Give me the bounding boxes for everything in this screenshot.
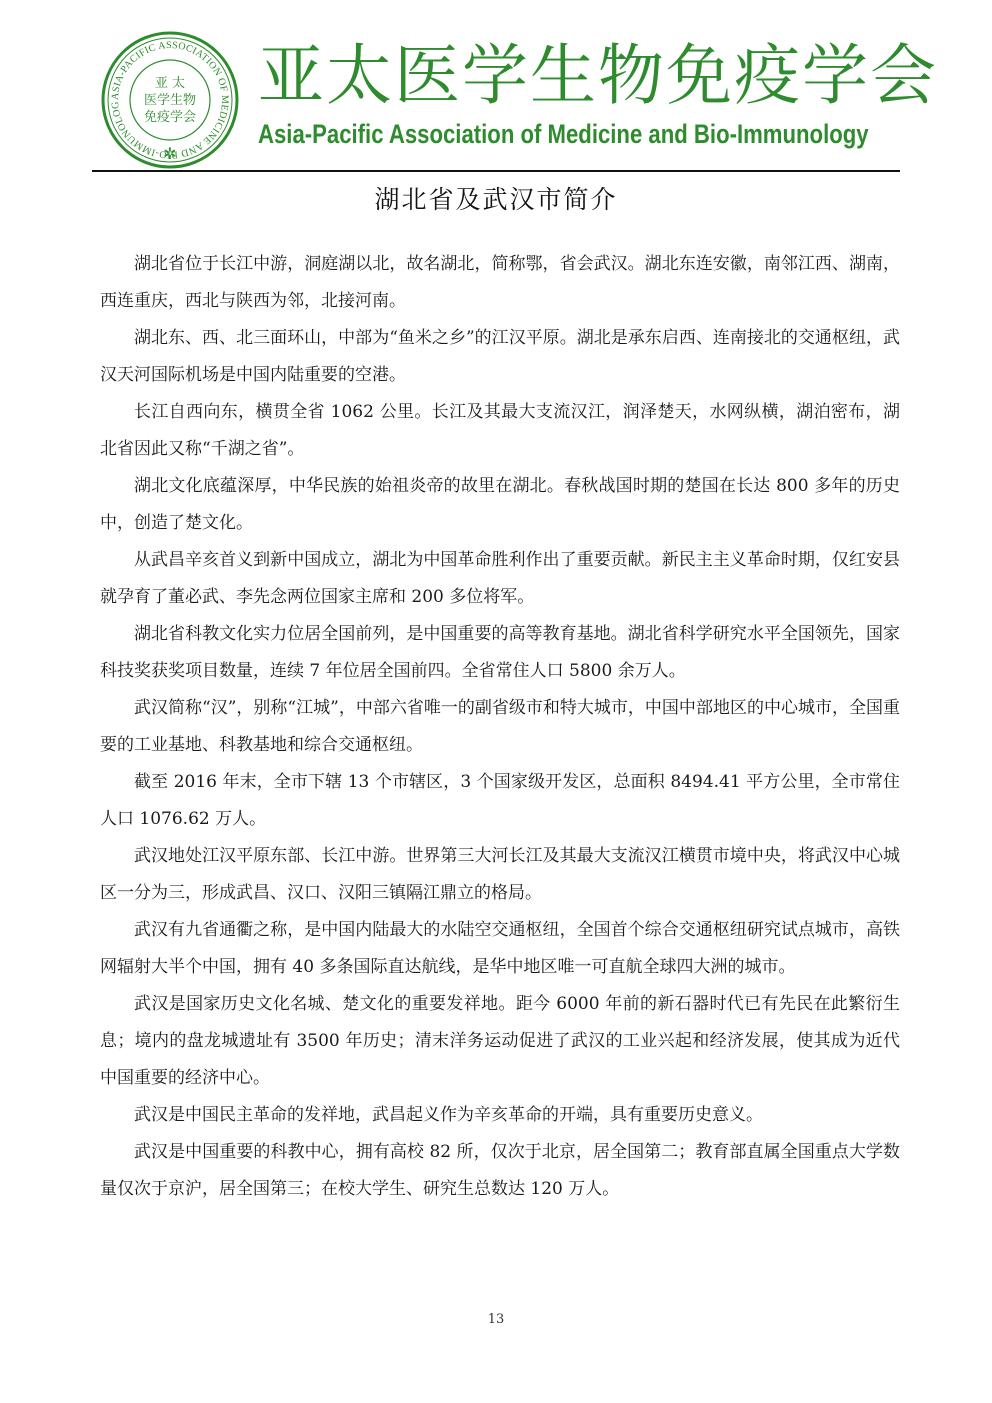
paragraph: 湖北文化底蕴深厚，中华民族的始祖炎帝的故里在湖北。春秋战国时期的楚国在长达 80… bbox=[100, 468, 900, 542]
paragraph: 湖北东、西、北三面环山，中部为“鱼米之乡”的江汉平原。湖北是承东启西、连南接北的… bbox=[100, 320, 900, 394]
svg-text:✲: ✲ bbox=[163, 144, 176, 163]
paragraph: 长江自西向东，横贯全省 1062 公里。长江及其最大支流汉江，润泽楚天，水网纵横… bbox=[100, 394, 900, 468]
page-header: ASIA-PACIFIC ASSOCIATION OF MEDICINE AND… bbox=[0, 0, 992, 175]
paragraph: 武汉有九省通衢之称，是中国内陆最大的水陆空交通枢纽，全国首个综合交通枢纽研究试点… bbox=[100, 912, 900, 986]
paragraph: 武汉地处江汉平原东部、长江中游。世界第三大河长江及其最大支流汉江横贯市境中央，将… bbox=[100, 838, 900, 912]
document-title: 湖北省及武汉市简介 bbox=[0, 178, 992, 222]
logo-seal-icon: ASIA-PACIFIC ASSOCIATION OF MEDICINE AND… bbox=[100, 30, 240, 170]
paragraph: 武汉是中国民主革命的发祥地，武昌起义作为辛亥革命的开端，具有重要历史意义。 bbox=[100, 1097, 900, 1134]
svg-text:免疫学会: 免疫学会 bbox=[144, 110, 196, 125]
association-name-chinese: 亚太医学生物免疫学会 bbox=[258, 36, 938, 116]
paragraph: 截至 2016 年末，全市下辖 13 个市辖区，3 个国家级开发区，总面积 84… bbox=[100, 764, 900, 838]
svg-text:亚 太: 亚 太 bbox=[155, 75, 185, 91]
association-name-english: Asia-Pacific Association of Medicine and… bbox=[258, 116, 869, 152]
paragraph: 湖北省位于长江中游，洞庭湖以北，故名湖北，简称鄂，省会武汉。湖北东连安徽，南邻江… bbox=[100, 246, 900, 320]
page-number: 13 bbox=[0, 1312, 992, 1327]
paragraph: 武汉是国家历史文化名城、楚文化的重要发祥地。距今 6000 年前的新石器时代已有… bbox=[100, 986, 900, 1097]
paragraph: 湖北省科教文化实力位居全国前列，是中国重要的高等教育基地。湖北省科学研究水平全国… bbox=[100, 616, 900, 690]
header-divider bbox=[92, 170, 900, 172]
document-body: 湖北省位于长江中游，洞庭湖以北，故名湖北，简称鄂，省会武汉。湖北东连安徽，南邻江… bbox=[100, 246, 900, 1208]
paragraph: 从武昌辛亥首义到新中国成立，湖北为中国革命胜利作出了重要贡献。新民主主义革命时期… bbox=[100, 542, 900, 616]
association-logo: ASIA-PACIFIC ASSOCIATION OF MEDICINE AND… bbox=[100, 30, 240, 170]
paragraph: 武汉简称“汉”，别称“江城”，中部六省唯一的副省级市和特大城市，中国中部地区的中… bbox=[100, 690, 900, 764]
paragraph: 武汉是中国重要的科教中心，拥有高校 82 所，仅次于北京，居全国第二；教育部直属… bbox=[100, 1134, 900, 1208]
svg-text:医学生物: 医学生物 bbox=[144, 92, 196, 108]
